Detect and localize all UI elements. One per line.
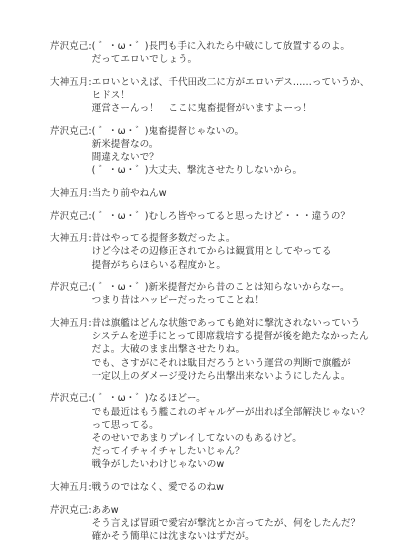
dialogue-line: ( ゛・ω・゛)大丈夫、撃沈させたりしないから。 [92,164,302,177]
speaker-label: 芹沢克己: [50,392,92,471]
dialogue-lines: ( ゛・ω・゛)鬼畜提督じゃないの。新米提督なの。間違えないで？( ゛・ω・゛)… [92,125,302,178]
dialogue-entry: 大神五月:戦うのではなく、愛でるのねw [50,481,390,494]
dialogue-entry: 芹沢克己:ああwそう言えば冒頭で愛宕が撃沈とか言ってたが、何をしたんだ？確かそう… [50,504,390,544]
dialogue-lines: エロいといえば、千代田改二に方がエロいデス……っていうか、ヒドス！運営さーんっ！… [92,76,370,116]
speaker-label: 芹沢克己: [50,281,92,307]
dialogue-entry: 大神五月:当たり前やねんw [50,187,390,200]
dialogue-entry: 芹沢克己:( ゛・ω・゛)なるほどー。でも最近はもう艦これのギャルゲーが出れば全… [50,392,390,471]
dialogue-line: ヒドス！ [92,89,370,102]
dialogue-line: でも、さすがにそれは駄目だろうという運営の判断で旗艦が [92,357,369,370]
dialogue-line: だよ。大破のまま出撃させたりね。 [92,343,369,356]
dialogue-lines: 昔はやってる提督多数だったよ。けど今はその辺修正されてからは観賞用としてやってる… [92,232,332,272]
dialogue-line: だってエロいでしょう。 [92,53,350,66]
dialogue-line: 運営さーんっ！ ここに鬼畜提督がいますよーっ！ [92,102,370,115]
dialogue-entry: 大神五月:昔は旗艦はどんな状態であっても絶対に撃沈されないっていうシステムを逆手… [50,317,390,383]
dialogue-entry: 大神五月:エロいといえば、千代田改二に方がエロいデス……っていうか、ヒドス！運営… [50,76,390,116]
dialogue-line: 昔はやってる提督多数だったよ。 [92,232,332,245]
dialogue-line: ああw [92,504,361,517]
dialogue-line: でも最近はもう艦これのギャルゲーが出れば全部解決じゃない？ [92,406,370,419]
dialogue-line: 当たり前やねんw [92,187,167,200]
speaker-label: 大神五月: [50,232,92,272]
dialogue-line: 昔は旗艦はどんな状態であっても絶対に撃沈されないっていう [92,317,369,330]
dialogue-line: ( ゛・ω・゛)鬼畜提督じゃないの。 [92,125,302,138]
dialogue-line: 新米提督なの。 [92,138,302,151]
dialogue-lines: ( ゛・ω・゛)むしろ皆やってると思ったけど・・・違うの？ [92,210,350,223]
dialogue-line: そのせいであまりプレイしてないのもあるけど。 [92,432,370,445]
dialogue-document: 芹沢克己:( ゛・ω・゛)長門も手に入れたら中破にして放置するのよ。だってエロい… [50,40,390,553]
speaker-label: 大神五月: [50,317,92,383]
dialogue-line: 間違えないで？ [92,151,302,164]
dialogue-lines: ああwそう言えば冒頭で愛宕が撃沈とか言ってたが、何をしたんだ？確かそう簡単には沈… [92,504,361,544]
dialogue-entry: 芹沢克己:( ゛・ω・゛)鬼畜提督じゃないの。新米提督なの。間違えないで？( ゛… [50,125,390,178]
dialogue-line: だってイチャイチャしたいじゃん？ [92,445,370,458]
dialogue-line: けど今はその辺修正されてからは観賞用としてやってる [92,245,332,258]
dialogue-line: 確かそう簡単には沈まないはずだが。 [92,530,361,543]
dialogue-lines: 当たり前やねんw [92,187,167,200]
dialogue-entry: 大神五月:昔はやってる提督多数だったよ。けど今はその辺修正されてからは観賞用とし… [50,232,390,272]
dialogue-entry: 芹沢克己:( ゛・ω・゛)むしろ皆やってると思ったけど・・・違うの？ [50,210,390,223]
dialogue-line: 戦争がしたいわけじゃないのw [92,458,370,471]
speaker-label: 大神五月: [50,481,92,494]
dialogue-line: つまり昔はハッピーだったってことね！ [92,294,350,307]
dialogue-line: ( ゛・ω・゛)長門も手に入れたら中破にして放置するのよ。 [92,40,350,53]
dialogue-entry: 芹沢克己:( ゛・ω・゛)長門も手に入れたら中破にして放置するのよ。だってエロい… [50,40,390,66]
dialogue-line: エロいといえば、千代田改二に方がエロいデス……っていうか、 [92,76,370,89]
dialogue-lines: ( ゛・ω・゛)長門も手に入れたら中破にして放置するのよ。だってエロいでしょう。 [92,40,350,66]
speaker-label: 大神五月: [50,187,92,200]
speaker-label: 芹沢克己: [50,40,92,66]
dialogue-line: 提督がちらほらいる程度かと。 [92,259,332,272]
dialogue-line: ( ゛・ω・゛)なるほどー。 [92,392,370,405]
dialogue-lines: ( ゛・ω・゛)なるほどー。でも最近はもう艦これのギャルゲーが出れば全部解決じゃ… [92,392,370,471]
dialogue-lines: 昔は旗艦はどんな状態であっても絶対に撃沈されないっていうシステムを逆手にとって即… [92,317,369,383]
dialogue-line: 一定以上のダメージ受けたら出撃出来ないようにしたんよ。 [92,370,369,383]
dialogue-entry: 芹沢克己:( ゛・ω・゛)新米提督だから昔のことは知らないからなー。つまり昔はハ… [50,281,390,307]
speaker-label: 芹沢克己: [50,210,92,223]
dialogue-line: 戦うのではなく、愛でるのねw [92,481,224,494]
dialogue-lines: ( ゛・ω・゛)新米提督だから昔のことは知らないからなー。つまり昔はハッピーだっ… [92,281,350,307]
dialogue-line: システムを逆手にとって即席栽培する提督が後を絶たなかったん [92,330,369,343]
dialogue-lines: 戦うのではなく、愛でるのねw [92,481,224,494]
speaker-label: 芹沢克己: [50,125,92,178]
speaker-label: 大神五月: [50,76,92,116]
speaker-label: 芹沢克己: [50,504,92,544]
dialogue-line: ( ゛・ω・゛)むしろ皆やってると思ったけど・・・違うの？ [92,210,350,223]
dialogue-line: って思ってる。 [92,419,370,432]
dialogue-line: そう言えば冒頭で愛宕が撃沈とか言ってたが、何をしたんだ？ [92,517,361,530]
dialogue-line: ( ゛・ω・゛)新米提督だから昔のことは知らないからなー。 [92,281,350,294]
